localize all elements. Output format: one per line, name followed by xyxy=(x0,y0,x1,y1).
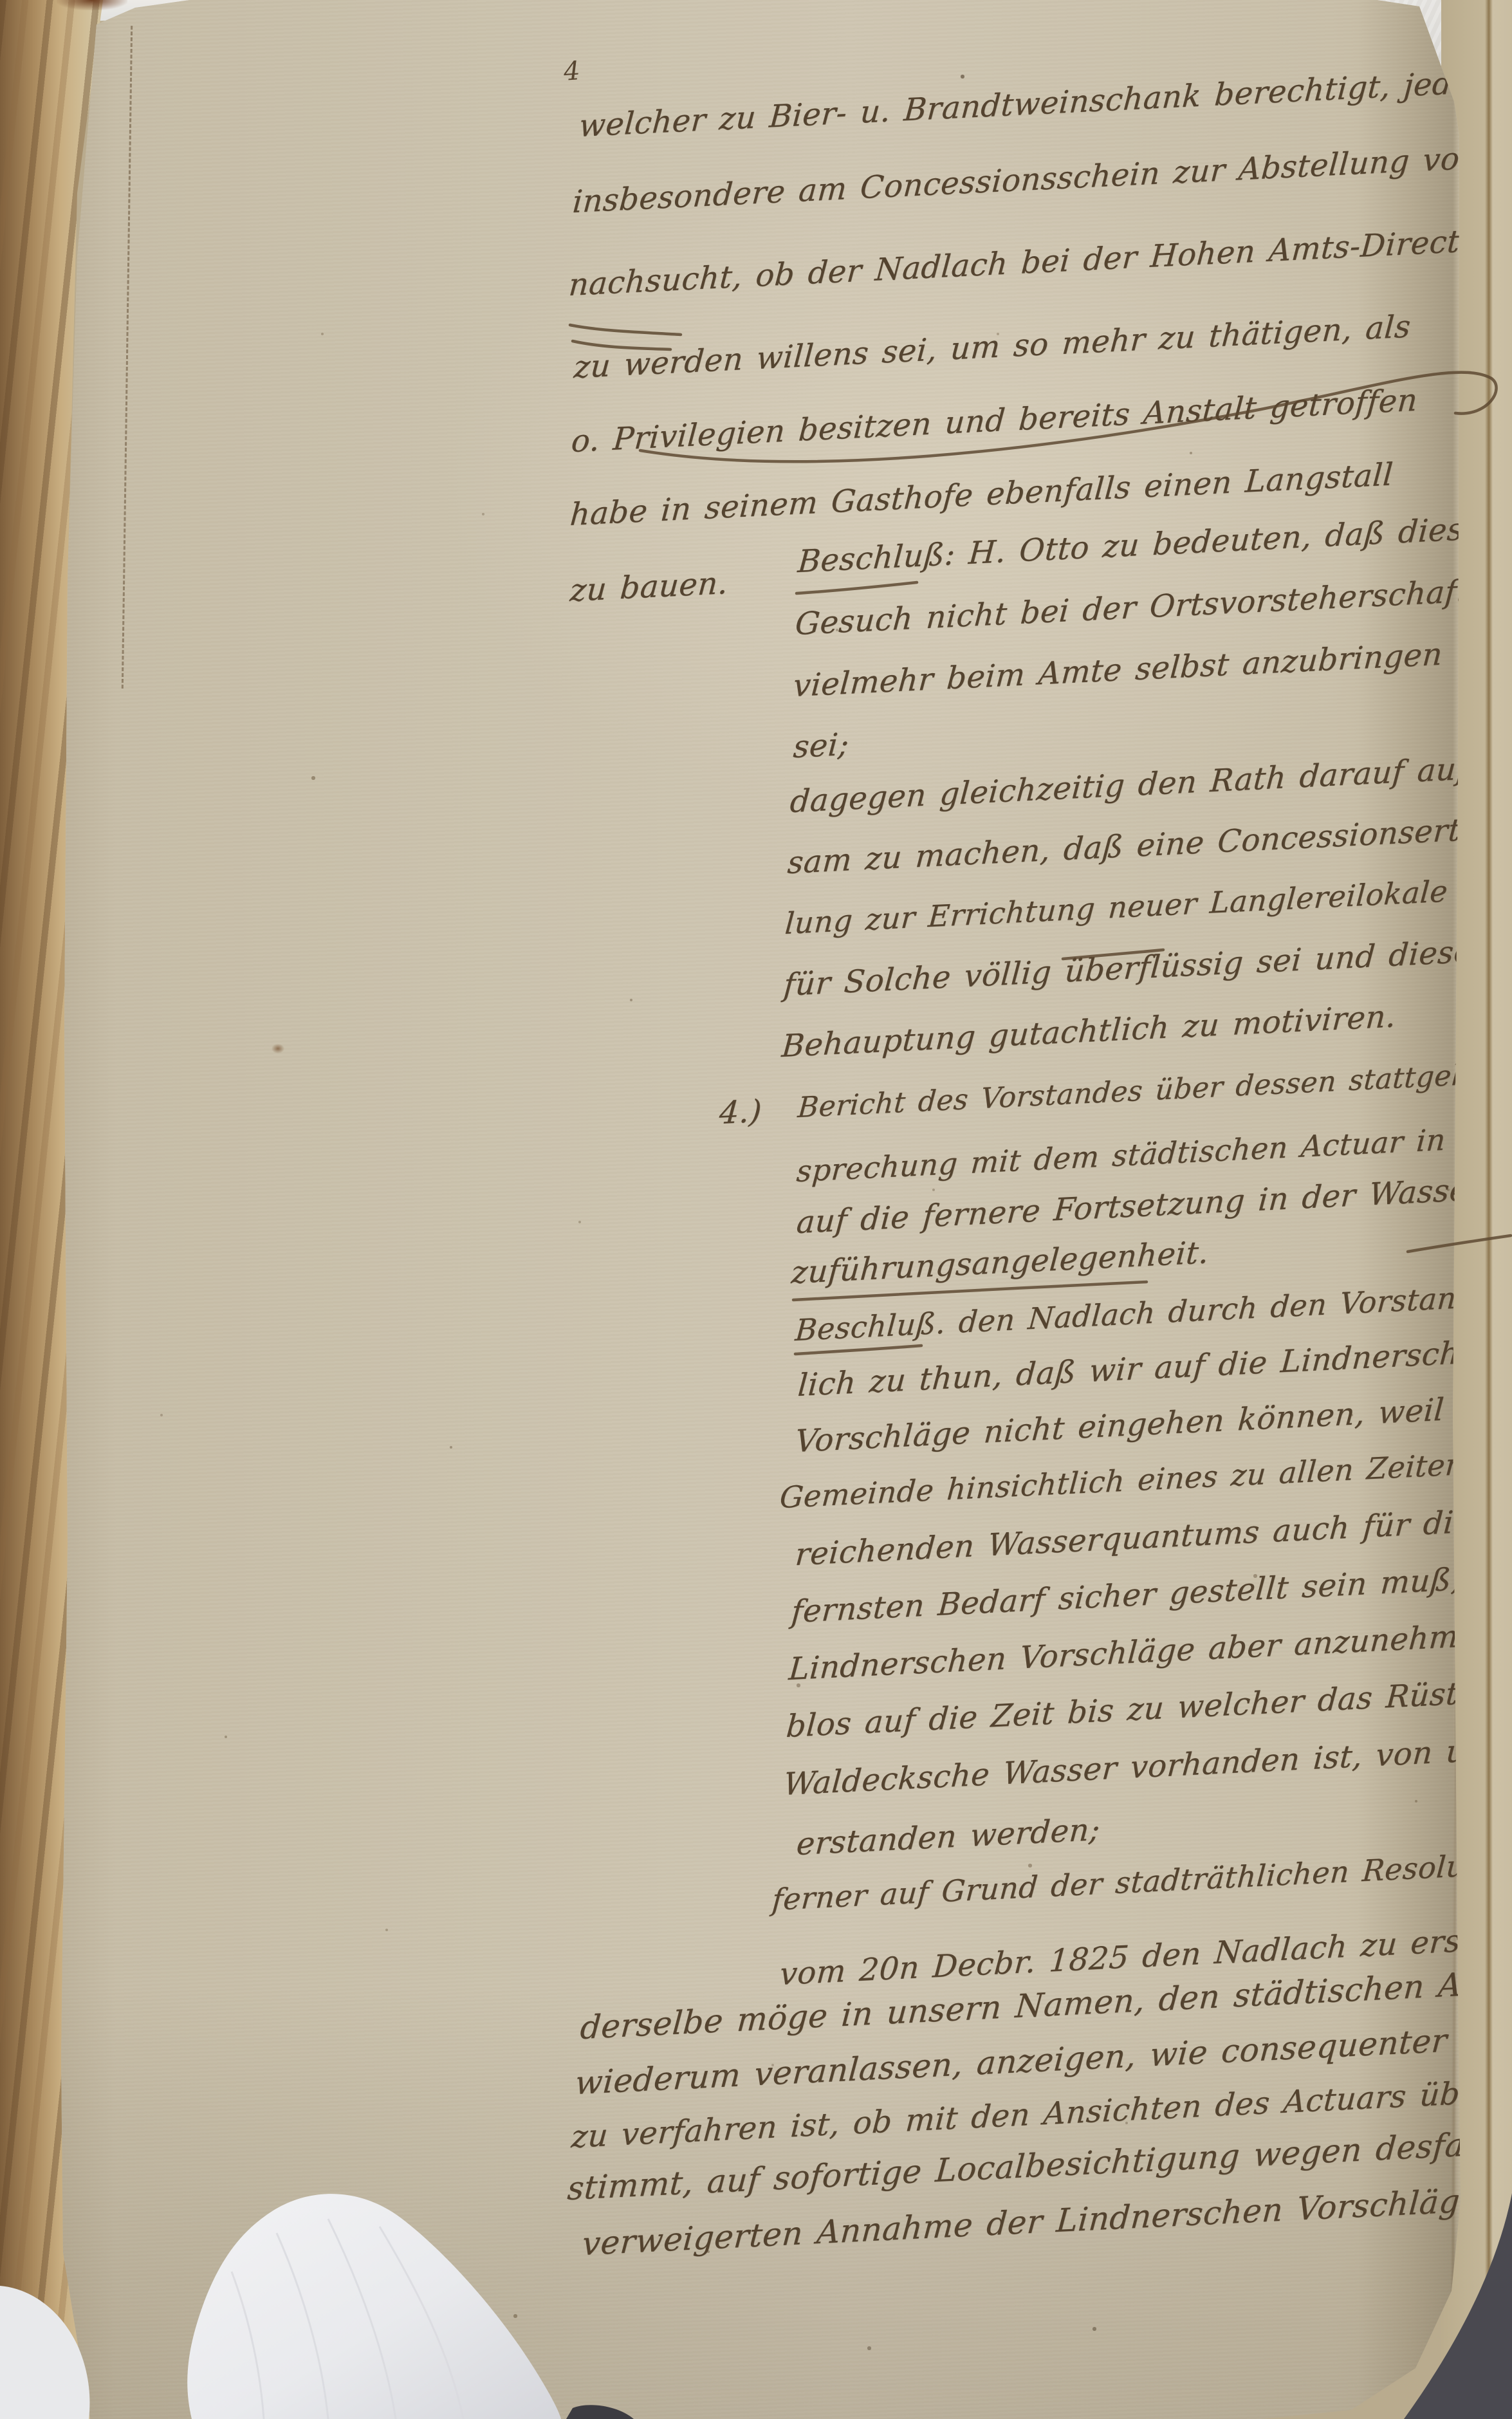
photo-of-manuscript: 4 welcher zu Bier- u. Brandtweinschank b… xyxy=(0,0,1512,2419)
page-number-mark: 4 xyxy=(562,56,581,87)
handwritten-line: sei; xyxy=(792,727,851,765)
top-edge-stain xyxy=(57,0,127,10)
item-number: 4.) xyxy=(718,1093,763,1131)
manuscript-page: 4 welcher zu Bier- u. Brandtweinschank b… xyxy=(39,0,1512,2419)
foxing-spot xyxy=(272,1044,284,1053)
